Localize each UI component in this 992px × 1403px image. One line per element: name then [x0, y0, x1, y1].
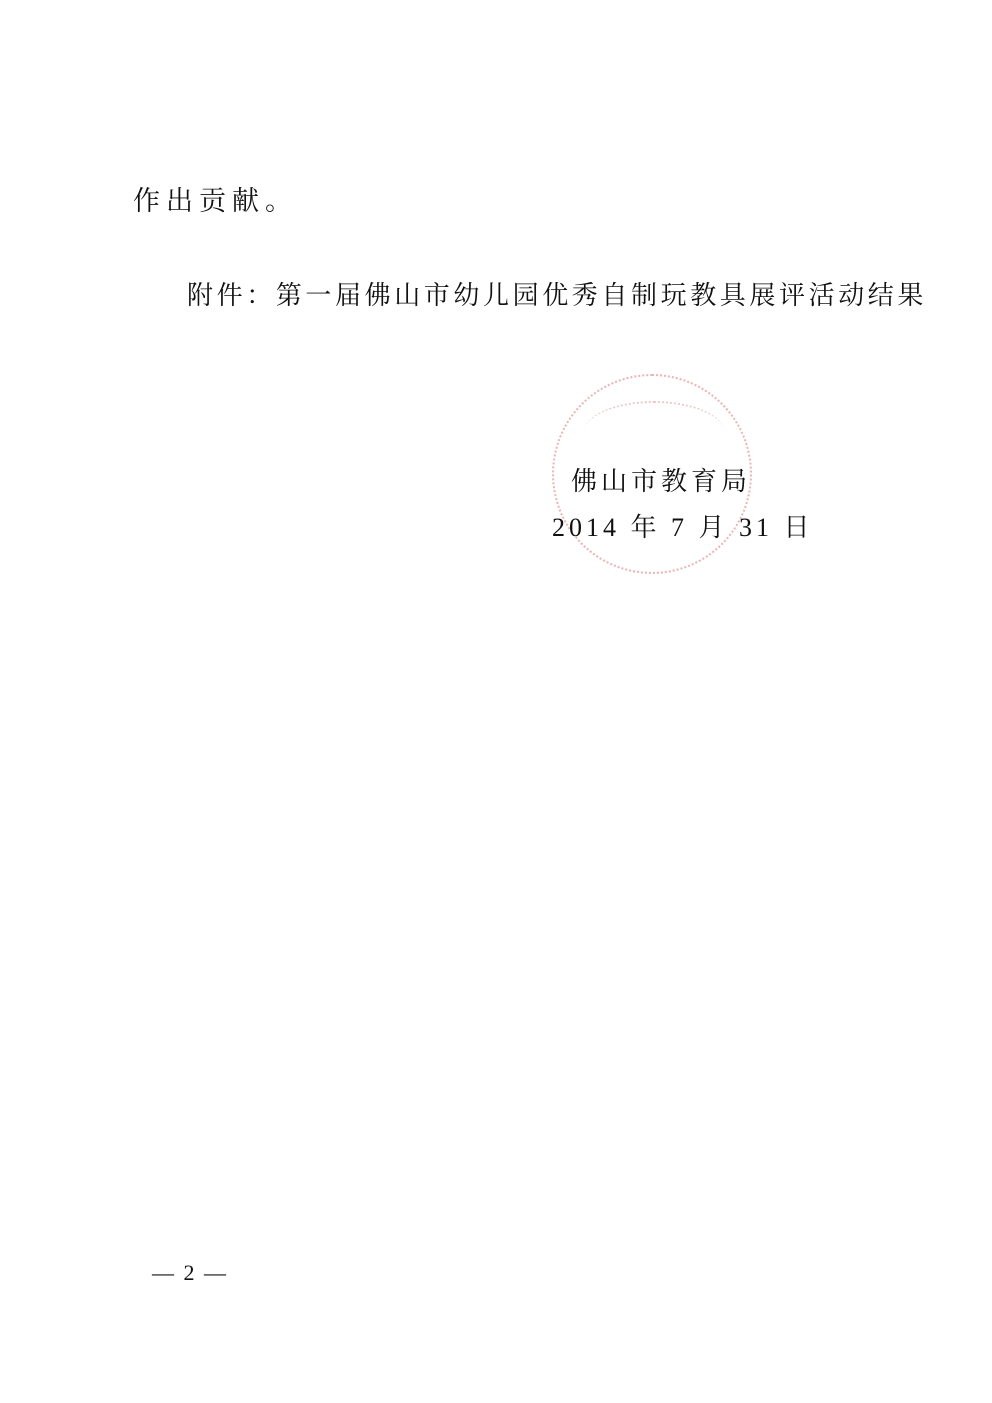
- signature-date: 2014 年 7 月 31 日: [552, 515, 814, 541]
- attachment-line: 附件：第一届佛山市幼儿园优秀自制玩教具展评活动结果: [187, 283, 927, 309]
- page-number: — 2 —: [152, 1262, 228, 1284]
- signature-organization: 佛山市教育局: [571, 469, 751, 495]
- paragraph-end-text: 作出贡献。: [133, 188, 298, 215]
